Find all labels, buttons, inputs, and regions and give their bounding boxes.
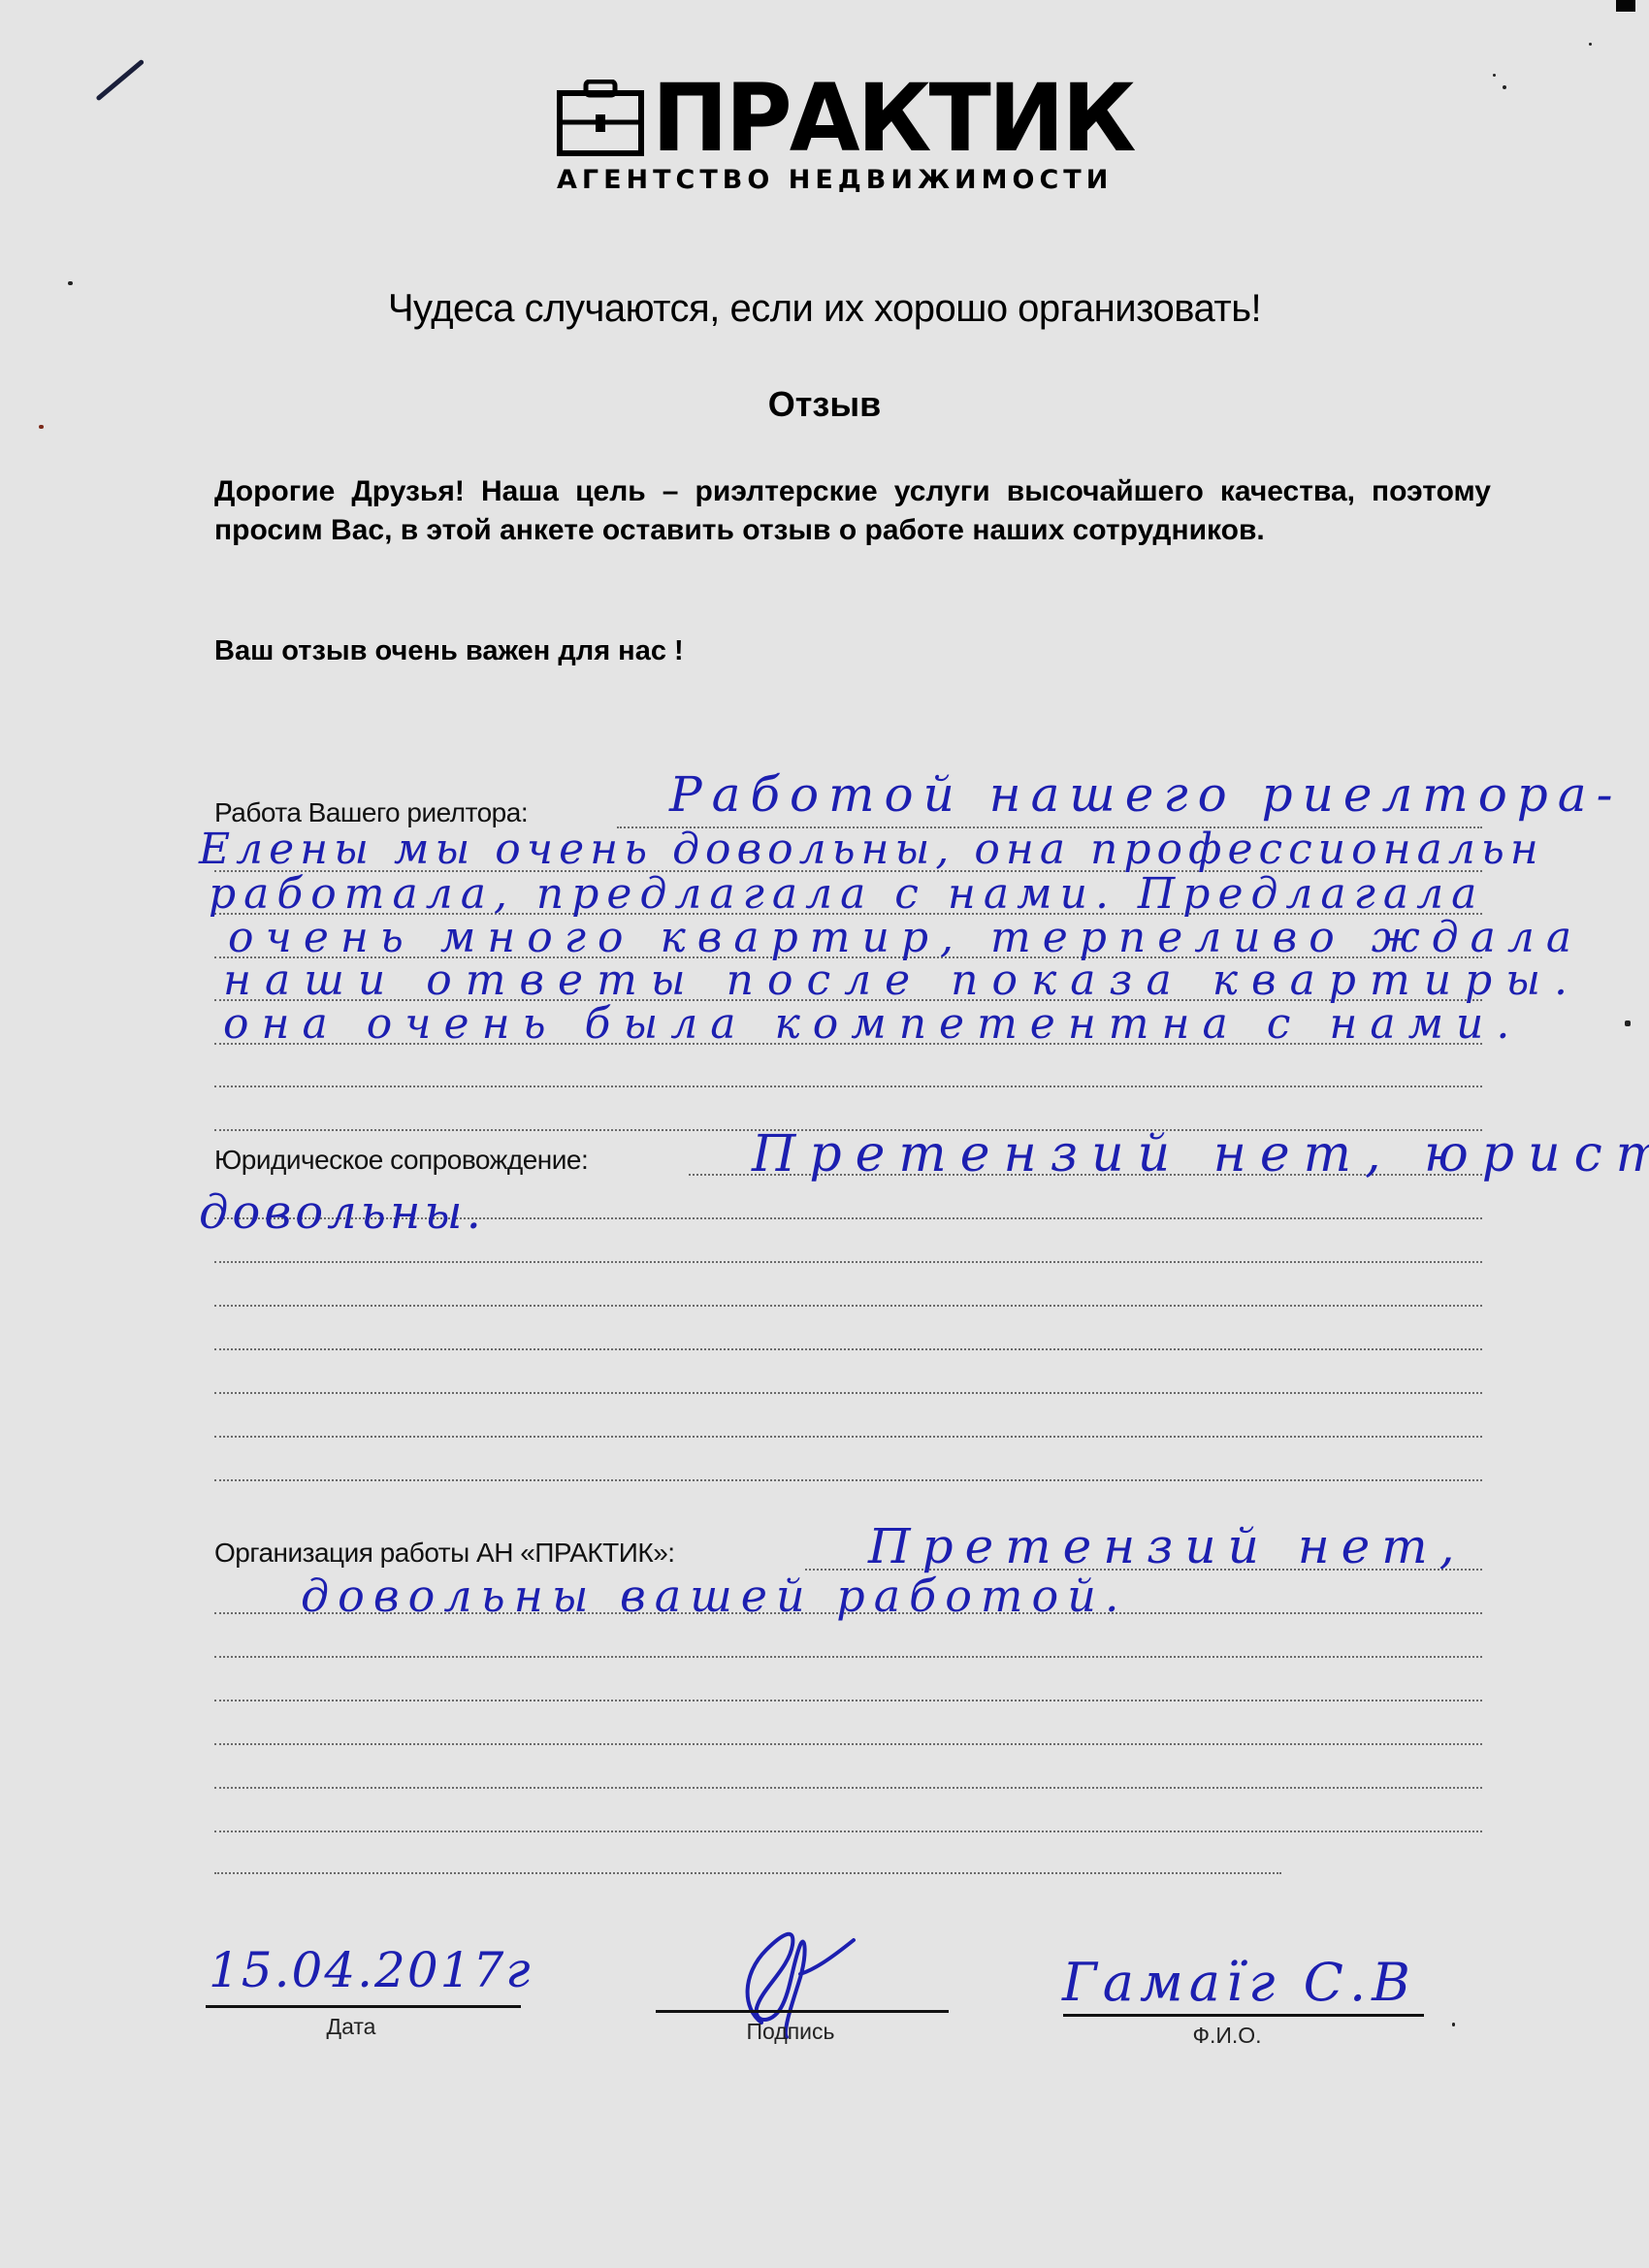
slogan: Чудеса случаются, если их хорошо организ… — [0, 287, 1649, 331]
important-note: Ваш отзыв очень важен для нас ! — [214, 635, 684, 667]
scan-speck — [1452, 2023, 1455, 2026]
agency-logo: ПРАКТИК АГЕНТСТВО НЕДВИЖИМОСТИ — [557, 78, 1158, 199]
name-label: Ф.И.О. — [1179, 2023, 1276, 2049]
dotted-line — [214, 1261, 1482, 1263]
scan-speck — [68, 281, 73, 285]
dotted-line — [214, 1787, 1482, 1789]
handwritten-answer-line: довольны вашей работой. — [301, 1570, 1127, 1622]
signature-label: Подпись — [727, 2019, 854, 2045]
handwritten-answer-line: Работой нашего риелтора- — [669, 766, 1623, 823]
pen-stroke-mark — [95, 59, 145, 102]
signature-line — [656, 2010, 949, 2013]
scan-speck — [1493, 74, 1496, 77]
brand-name: ПРАКТИК — [652, 81, 1134, 155]
date-line — [206, 2005, 521, 2008]
handwritten-answer-line: Елены мы очень довольны, она профессиона… — [199, 825, 1544, 874]
scan-corner-mark — [1616, 0, 1635, 12]
dotted-line — [214, 1743, 1482, 1745]
page-title: Отзыв — [0, 384, 1649, 425]
field-label-organization: Организация работы АН «ПРАКТИК»: — [214, 1538, 675, 1569]
handwritten-answer-line: наши ответы после показа квартиры. — [223, 956, 1581, 1005]
dotted-line — [214, 1872, 1281, 1874]
briefcase-icon — [557, 80, 644, 155]
dotted-line — [214, 1085, 1482, 1087]
dotted-line — [214, 1305, 1482, 1307]
dotted-line — [214, 1700, 1482, 1701]
dotted-line — [214, 1392, 1482, 1394]
scan-speck — [1503, 85, 1506, 89]
dotted-line — [214, 1479, 1482, 1481]
handwritten-answer-line: работала, предлагала с нами. Предлагала — [209, 869, 1484, 919]
handwritten-answer-line: Претензий нет, — [868, 1518, 1467, 1574]
handwritten-answer-line: она очень была компетентна с нами. — [223, 999, 1522, 1049]
handwritten-answer-line: довольны. — [199, 1185, 485, 1240]
intro-paragraph: Дорогие Друзья! Наша цель – риэлтерские … — [214, 472, 1491, 550]
dotted-line — [214, 1348, 1482, 1350]
field-label-legal: Юридическое сопровождение: — [214, 1145, 588, 1176]
scan-speck — [1625, 1021, 1631, 1026]
name-value: Гамаїг С.В — [1062, 1952, 1416, 2013]
scan-speck — [1589, 43, 1592, 46]
handwritten-answer-line: Претензий нет, юристом — [752, 1125, 1649, 1183]
scan-speck — [39, 425, 44, 429]
date-label: Дата — [303, 2014, 400, 2040]
dotted-line — [214, 1831, 1482, 1832]
dotted-line — [214, 1436, 1482, 1438]
name-line — [1063, 2014, 1424, 2017]
date-value: 15.04.2017г — [209, 1942, 533, 1998]
dotted-line — [214, 1656, 1482, 1658]
